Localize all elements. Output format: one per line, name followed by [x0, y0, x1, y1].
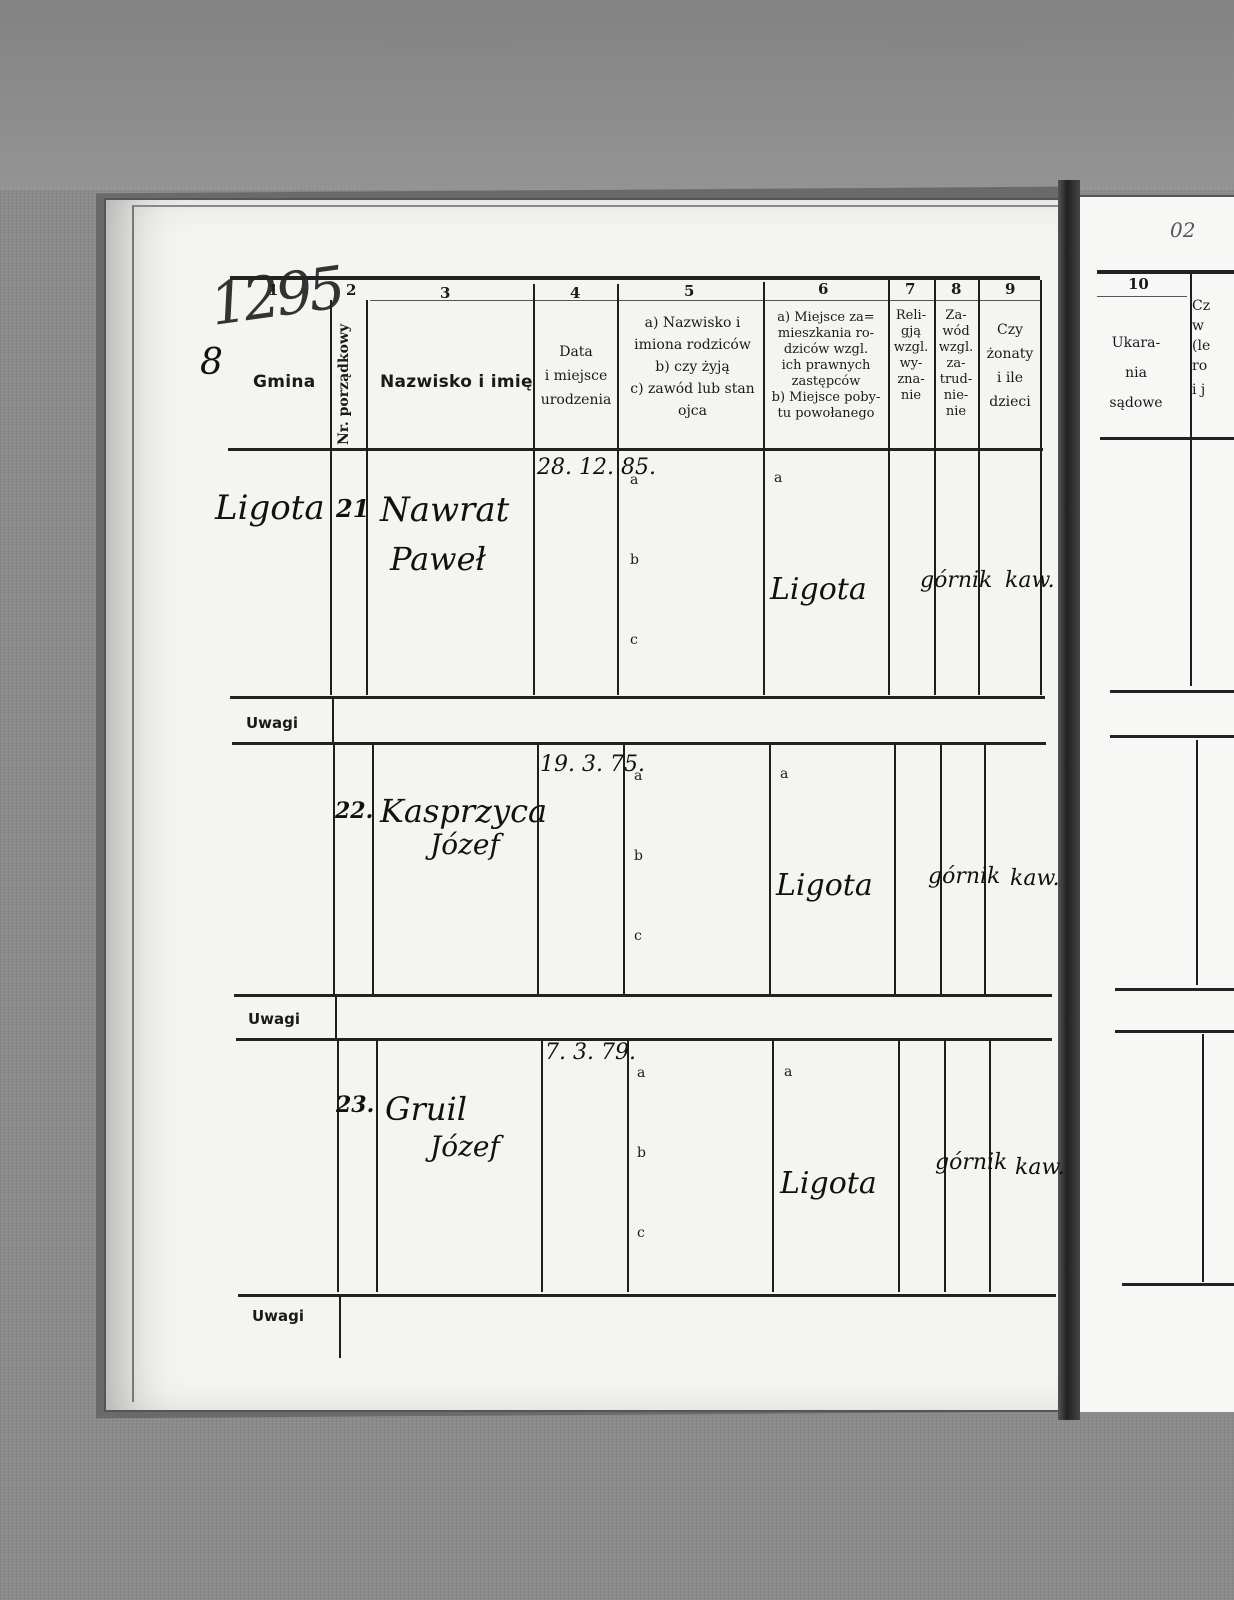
e2-col-rule-2 — [372, 744, 374, 994]
entry2-bottom-rule — [234, 994, 1052, 997]
e3-col-rule-2 — [376, 1040, 378, 1292]
entry2-given: Józef — [430, 828, 500, 861]
header-col9: Czy żonaty i ile dzieci — [980, 318, 1040, 414]
col-rule-4 — [617, 284, 619, 695]
uwagi1-bottom-rule — [232, 742, 1046, 745]
header-col10: Ukara- nia sądowe — [1100, 328, 1172, 418]
entry2-marital: kaw. — [1010, 866, 1060, 891]
uwagi2-bottom-rule — [236, 1038, 1052, 1041]
right-row3-rule — [1122, 1283, 1234, 1286]
e3-col-rule-6 — [898, 1040, 900, 1292]
colnum-9: 9 — [1005, 280, 1015, 298]
entry3-surname: Gruil — [385, 1090, 467, 1128]
entry1-bottom-rule — [230, 696, 1045, 699]
colnum-1: 1 — [268, 281, 278, 299]
uwagi1-label: Uwagi — [246, 714, 298, 732]
e2-col-rule-5 — [769, 744, 771, 994]
right-colnum-rule — [1097, 296, 1187, 297]
col-rule-8 — [978, 280, 980, 695]
colnum-10: 10 — [1128, 275, 1149, 293]
e3-col-rule-4 — [627, 1040, 629, 1292]
entry2-label-c: c — [634, 928, 642, 944]
entry1-surname: Nawrat — [380, 490, 509, 530]
entry1-marital: kaw. — [1005, 568, 1055, 593]
page-mark-annotation: 8 — [200, 342, 223, 383]
header-col7: Reli- gją wzgl. wy- zna- nie — [889, 308, 933, 404]
entry1-occupation: górnik — [920, 568, 992, 593]
entry3-given: Józef — [430, 1130, 500, 1163]
right-row1-rule — [1110, 690, 1234, 693]
header-col6: a) Miejsce za= mieszkania ro- dziców wzg… — [765, 310, 887, 422]
right-page-mark: 02 — [1170, 218, 1195, 242]
colnum-rule — [370, 300, 1040, 301]
entry1-res-label-a: a — [774, 470, 782, 486]
header-nr-porzadkowy: Nr. porządkowy — [336, 310, 352, 445]
header-nazwisko-imie: Nazwisko i imię — [380, 372, 533, 392]
right-header-top-rule — [1097, 270, 1234, 274]
scan-background — [0, 0, 1234, 190]
col-rule-5 — [763, 282, 765, 695]
e2-col-rule-4 — [623, 744, 625, 994]
right-row2-rule — [1115, 988, 1234, 991]
colnum-4: 4 — [570, 284, 580, 302]
right-col-divider-2 — [1196, 740, 1198, 985]
entry3-nr: 23. — [336, 1092, 374, 1118]
colnum-7: 7 — [905, 280, 915, 298]
colnum-3: 3 — [440, 284, 450, 302]
uwagi2-divider — [335, 996, 337, 1038]
right-header-bottom-rule — [1100, 437, 1234, 440]
uwagi3-divider — [339, 1296, 341, 1358]
book-gutter — [1058, 180, 1080, 1420]
entry1-nr: 21 — [336, 494, 369, 523]
right-row2b-rule — [1115, 1030, 1234, 1033]
right-col-divider-3 — [1202, 1034, 1204, 1282]
entry2-nr: 22. — [335, 798, 373, 824]
col-rule-6 — [888, 280, 890, 695]
uwagi1-divider — [332, 698, 334, 743]
entry3-bottom-rule — [238, 1294, 1056, 1297]
col-rule-7 — [934, 280, 936, 695]
e3-col-rule-5 — [772, 1040, 774, 1292]
colnum-5: 5 — [684, 282, 694, 300]
colnum-6: 6 — [818, 280, 828, 298]
uwagi3-label: Uwagi — [252, 1307, 304, 1325]
entry3-label-b: b — [637, 1145, 646, 1161]
colnum-2: 2 — [346, 281, 356, 299]
e2-col-rule-3 — [537, 744, 539, 994]
entry2-label-a: a — [634, 768, 642, 784]
header-col5: a) Nazwisko i imiona rodziców b) czy żyj… — [620, 312, 765, 422]
header-col8: Za- wód wzgl. za- trud- nie- nie — [935, 308, 977, 420]
entry2-occupation: górnik — [928, 864, 1000, 889]
header-col11-partial: Cz w (le ro i j — [1192, 296, 1234, 404]
entry3-res-label-a: a — [784, 1064, 792, 1080]
entry2-birth: 19. 3. 75. — [540, 752, 645, 777]
col-rule-1 — [330, 300, 332, 695]
header-col4: Data i miejsce urodzenia — [535, 340, 617, 412]
e2-col-rule-1 — [333, 744, 335, 994]
entry1-residence: Ligota — [770, 572, 867, 607]
entry3-marital: kaw. — [1015, 1155, 1065, 1180]
entry1-given: Paweł — [390, 540, 486, 578]
colnum-8: 8 — [951, 280, 961, 298]
e3-col-rule-1 — [337, 1040, 339, 1292]
entry2-residence: Ligota — [776, 868, 873, 903]
entry2-surname: Kasprzyca — [380, 792, 547, 830]
uwagi2-label: Uwagi — [248, 1010, 300, 1028]
entry3-label-c: c — [637, 1225, 645, 1241]
col-rule-3 — [533, 284, 535, 695]
col-rule-9 — [1040, 280, 1042, 695]
entry3-occupation: górnik — [935, 1150, 1007, 1175]
e2-col-rule-6 — [894, 744, 896, 994]
entry1-gmina: Ligota — [215, 488, 325, 528]
entry3-residence: Ligota — [780, 1166, 877, 1201]
entry1-label-c: c — [630, 632, 638, 648]
header-gmina: Gmina — [253, 372, 316, 392]
entry2-label-b: b — [634, 848, 643, 864]
entry2-res-label-a: a — [780, 766, 788, 782]
entry3-label-a: a — [637, 1065, 645, 1081]
e3-col-rule-3 — [541, 1040, 543, 1292]
entry3-birth: 7. 3. 79. — [545, 1040, 636, 1065]
entry1-label-b: b — [630, 552, 639, 568]
header-top-rule — [230, 276, 1040, 280]
entry1-label-a: a — [630, 472, 638, 488]
right-row1b-rule — [1110, 735, 1234, 738]
header-bottom-rule — [228, 448, 1043, 451]
